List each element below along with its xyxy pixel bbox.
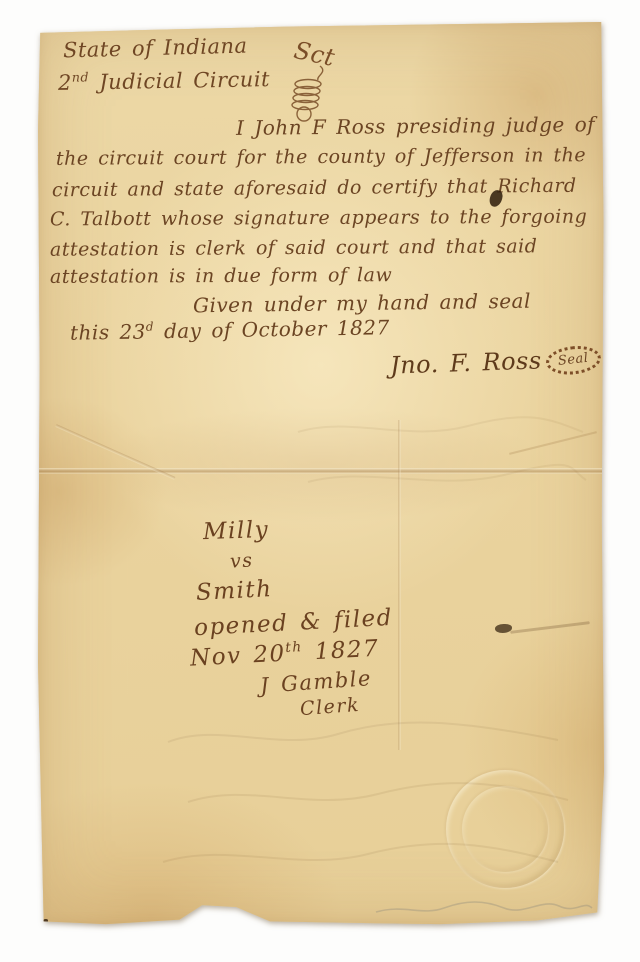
body-line: C. Talbott whose signature appears to th…: [50, 206, 587, 231]
body-date-line: this 23d day of October 1827: [70, 315, 390, 345]
scan-background: { "colors": { "paper": "#ead4a0", "ink":…: [0, 0, 640, 962]
docket-versus: vs: [229, 549, 254, 573]
smudge-streak: [510, 621, 590, 634]
body-line: attestation is clerk of said court and t…: [50, 235, 538, 260]
body-line: the circuit court for the county of Jeff…: [56, 144, 586, 170]
judge-signature: Jno. F. RossSeal: [390, 344, 601, 380]
judge-signature-name: Jno. F. Ross: [390, 346, 543, 379]
docket-party-defendant: Smith: [195, 576, 273, 606]
bleedthrough-marks-top: [288, 412, 588, 532]
header-circuit-line: 2nd Judicial Circuit: [58, 66, 270, 95]
docket-clerk-signature: J Gamble: [259, 666, 372, 698]
bleedthrough-marks: [158, 712, 578, 912]
docket-filing-date: Nov 20th 1827: [189, 635, 379, 672]
header-state-line: State of Indiana: [63, 34, 248, 63]
signature-seal-scribble: Seal: [544, 344, 601, 378]
fold-crease-diagonal: [55, 424, 175, 480]
body-line-given: Given under my hand and seal: [193, 289, 531, 318]
docket-party-plaintiff: Milly: [203, 517, 270, 545]
paper-speck: [43, 919, 48, 923]
paper-sheet: State of Indiana 2nd Judicial Circuit Sc…: [38, 22, 604, 925]
ink-smudge: [495, 624, 512, 633]
body-line: I John F Ross presiding judge of: [236, 112, 595, 140]
document-scan: State of Indiana 2nd Judicial Circuit Sc…: [0, 0, 640, 962]
body-line: attestation is in due form of law: [50, 264, 392, 288]
